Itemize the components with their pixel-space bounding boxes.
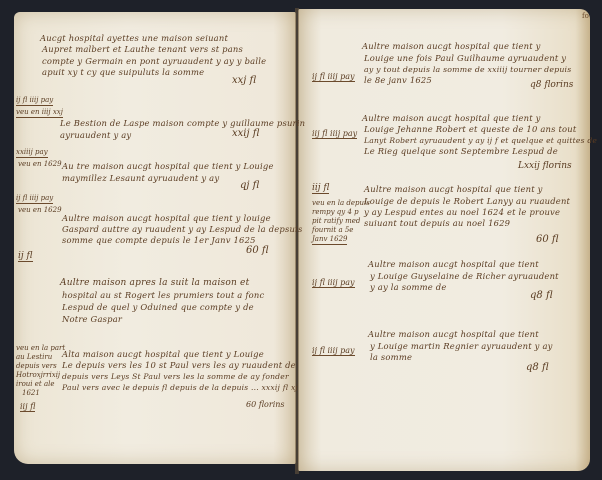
margin-note: ij fl iiij pay (312, 278, 355, 288)
margin-note: ij fl iiij pay (312, 72, 355, 82)
entry-amount: q8 fl (530, 290, 553, 301)
entry-line: Le depuis vers les 10 st Paul vers les a… (62, 360, 296, 371)
margin-note: iij fl (312, 184, 329, 194)
entry-line: y Louige martin Regnier ayruaudent y ay (370, 341, 553, 352)
entry-line: Aucgt hospital ayettes une maison seiuan… (40, 33, 228, 44)
entry-line: Louige Jehanne Robert et queste de 10 an… (364, 124, 576, 135)
margin-note: au Lestiru (16, 353, 52, 362)
margin-note: depuis vers (16, 362, 57, 371)
entry-line: Paul vers avec le depuis fl depuis de la… (62, 382, 298, 393)
entry-line: Aultre maison aucgt hospital que tient (368, 259, 539, 270)
entry-line: apuit xy t cy que suipuluts la somme (42, 67, 204, 78)
margin-note: ij fl (18, 252, 33, 262)
margin-note: Janv 1629 (312, 235, 347, 245)
entry-line: Alta maison aucgt hospital que tient y L… (62, 349, 264, 360)
margin-note: veu en la part (16, 344, 65, 353)
entry-line: maymillez Lesaunt ayruaudent y ay (62, 173, 219, 184)
page-number: fo (582, 12, 589, 20)
entry-amount: 60 fl (246, 245, 269, 256)
margin-note: ij fl iiij pay (312, 346, 355, 356)
margin-note: veu en iiij xxj (16, 108, 63, 118)
entry-line: Aultre maison apres la suit la maison et (60, 278, 249, 289)
entry-line: y ay Lespud entes au noel 1624 et le pro… (364, 207, 560, 218)
entry-line: hospital au st Rogert les prumiers tout … (62, 290, 264, 301)
margin-note: veu en 1629 (18, 160, 62, 169)
entry-line: Le Rieg quelque sont Septembre Lespud de (364, 146, 558, 157)
entry-amount: 60 fl (536, 234, 559, 245)
entry-line: somme que compte depuis le 1er Janv 1625 (62, 235, 256, 246)
margin-note: iij fl (20, 402, 35, 412)
entry-line: Aultre maison aucgt hospital que tient y (364, 184, 543, 195)
margin-note: rempy qy 4 p (312, 208, 359, 217)
entry-line: compte y Germain en pont ayruaudent y ay… (42, 56, 266, 67)
entry-line: Lanyt Robert ayruaudent y ay ij f et que… (364, 135, 597, 146)
margin-note: xxiiij pay (16, 148, 48, 158)
entry-line: depuis vers Leys St Paul vers les la som… (62, 371, 289, 382)
entry-line: Le Bestion de Laspe maison compte y guil… (60, 118, 305, 129)
entry-amount: Lxxij florins (518, 161, 572, 171)
margin-note: Hotroxjrrixij (16, 371, 60, 380)
margin-note: pit ratify med (312, 217, 360, 226)
entry-amount: q8 fl (526, 362, 549, 373)
entry-line: Notre Gaspar (62, 314, 122, 325)
entry-line: Aultre maison aucgt hospital que tient y (362, 113, 541, 124)
entry-line: Aultre maison aucgt hospital que tient y… (62, 213, 271, 224)
margin-note: iij fl iiij pay (312, 129, 357, 139)
entry-line: Aultre maison aucgt hospital que tient (368, 329, 539, 340)
margin-note: veu en la depuis (312, 199, 370, 208)
entry-amount: 60 florins (246, 400, 285, 409)
entry-line: ay y tout depuis la somme de xxiiij tour… (364, 64, 571, 75)
entry-amount: q8 florins (530, 80, 573, 90)
book-gutter (295, 8, 299, 474)
margin-note: 1621 (22, 389, 40, 398)
entry-line: Aupret malbert et Lauthe tenant vers st … (42, 44, 243, 55)
entry-amount: qj fl (240, 180, 259, 191)
margin-note: ij fl iiij pay (16, 194, 53, 204)
margin-note: ij fl iiij pay (16, 96, 53, 106)
entry-line: ayruaudent y ay (60, 130, 131, 141)
margin-note: veu en 1629 (18, 206, 62, 215)
entry-line: Lespud de quel y Oduined que compte y de (62, 302, 254, 313)
margin-note: fournit a 5e (312, 226, 353, 235)
entry-line: Louige une fois Paul Guilhaume ayruauden… (364, 53, 566, 64)
entry-line: Aultre maison aucgt hospital que tient y (362, 41, 541, 52)
margin-note: iroui et ale (16, 380, 55, 389)
entry-line: suiuant tout depuis au noel 1629 (364, 218, 510, 229)
entry-line: Louige de depuis le Robert Lanyy au ruau… (364, 196, 570, 207)
entry-line: y ay la somme de (370, 282, 446, 293)
entry-line: le 8e janv 1625 (364, 75, 432, 86)
entry-line: Au tre maison aucgt hospital que tient y… (62, 161, 274, 172)
entry-amount: xxj fl (232, 75, 256, 86)
entry-line: Gaspard auttre ay ruaudent y ay Lespud d… (62, 224, 302, 235)
entry-amount: xxij fl (232, 128, 259, 139)
entry-line: la somme (370, 352, 412, 363)
entry-line: y Louige Guyselaine de Richer ayruaudent (370, 271, 559, 282)
